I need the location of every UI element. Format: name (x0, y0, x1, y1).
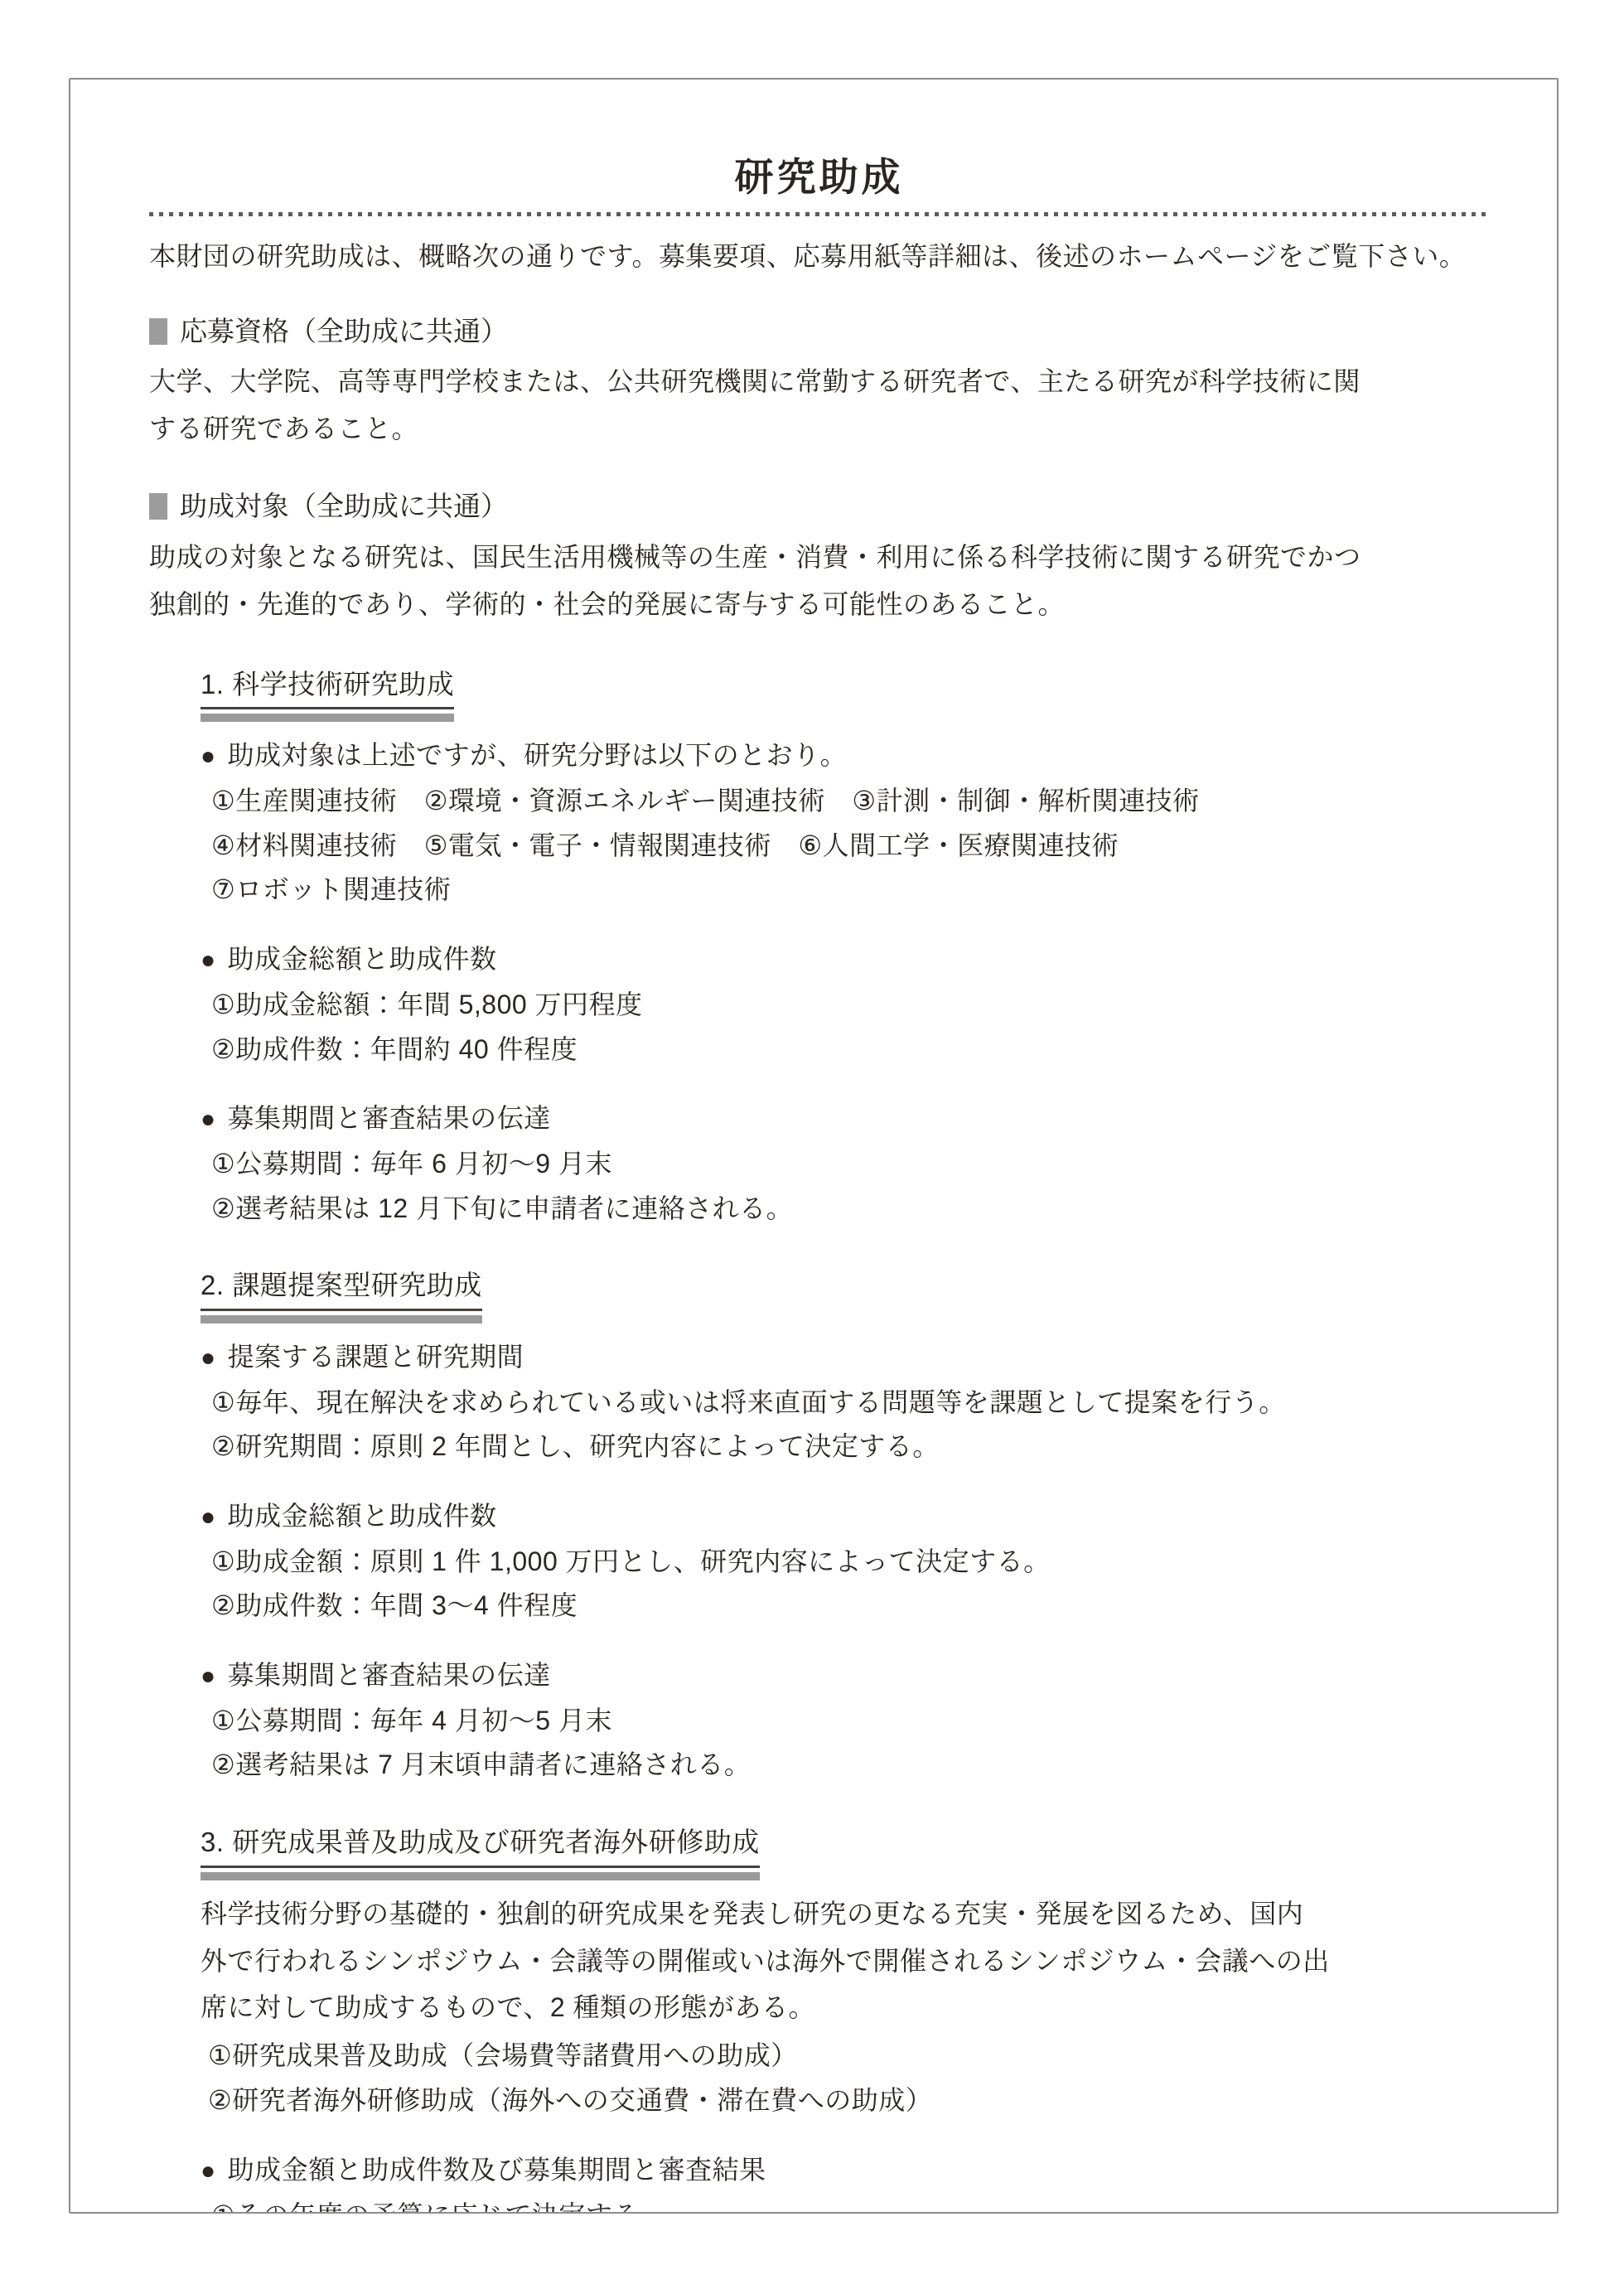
heading-underline-bar (201, 714, 454, 722)
list-item: ②助成件数：年間約 40 件程度 (211, 1028, 1489, 1071)
page-sheet: 研究助成 本財団の研究助成は、概略次の通りです。募集要項、応募用紙等詳細は、後述… (69, 78, 1559, 2214)
group-label: 助成金総額と助成件数 (228, 1496, 497, 1536)
list-item: ②研究期間：原則 2 年間とし、研究内容によって決定する。 (211, 1425, 1489, 1468)
list-item: ①助成金総額：年間 5,800 万円程度 (211, 984, 1489, 1026)
program-theme-proposal-grant: 2. 課題提案型研究助成 ● 提案する課題と研究期間 ①毎年、現在解決を求められ… (201, 1267, 1489, 1786)
body-line: 外で行われるシンポジウム・会議等の開催或いは海外で開催されるシンポジウム・会議へ… (201, 1938, 1489, 1985)
bullet-icon: ● (201, 2152, 216, 2190)
group-label: 助成金額と助成件数及び募集期間と審査結果 (228, 2150, 766, 2190)
list-item: ①生産関連技術 ②環境・資源エネルギー関連技術 ③計測・制御・解析関連技術 (211, 780, 1489, 822)
program-dissemination-overseas-grant: 3. 研究成果普及助成及び研究者海外研修助成 科学技術分野の基礎的・独創的研究成… (201, 1824, 1489, 2214)
group-label-row: ● 助成金総額と助成件数 (201, 939, 1489, 979)
body-line: 独創的・先進的であり、学術的・社会的発展に寄与する可能性のあること。 (149, 581, 1489, 628)
body-line: 席に対して助成するもので、2 種類の形態がある。 (201, 1984, 1489, 2031)
group-items: ①公募期間：毎年 4 月初～5 月末 ②選考結果は 7 月末頃申請者に連絡される… (211, 1700, 1489, 1786)
document-page: { "title": "研究助成", "intro": "本財団の研究助成は、概… (0, 0, 1624, 2294)
group-label-row: ● 提案する課題と研究期間 (201, 1337, 1489, 1377)
group-items: ①その年度の予算に応じて決定する。 ②4 月以降公募を開始し、予算到達時に打切る… (211, 2195, 1489, 2214)
group-label: 募集期間と審査結果の伝達 (228, 1098, 551, 1138)
lead-items: ①研究成果普及助成（会場費等諸費用への助成） ②研究者海外研修助成（海外への交通… (208, 2035, 1489, 2121)
program-lead-paragraph: 科学技術分野の基礎的・独創的研究成果を発表し研究の更なる充実・発展を図るため、国… (201, 1890, 1489, 2032)
list-item: ②選考結果は 12 月下旬に申請者に連絡される。 (211, 1188, 1489, 1230)
square-marker-icon (149, 493, 167, 520)
section-body: 助成の対象となる研究は、国民生活用機械等の生産・消費・利用に係る科学技術に関する… (149, 534, 1489, 628)
section-heading-label: 応募資格（全助成に共通） (180, 311, 508, 352)
bullet-icon: ● (201, 1101, 216, 1138)
group-grant-amount: ● 助成金総額と助成件数 ①助成金総額：年間 5,800 万円程度 ②助成件数：… (201, 939, 1489, 1070)
heading-underline-bar (201, 1872, 760, 1880)
heading-underline-bar (201, 1315, 482, 1324)
section-heading: 助成対象（全助成に共通） (149, 486, 1489, 527)
list-item: ①研究成果普及助成（会場費等諸費用への助成） (208, 2035, 1489, 2077)
group-label: 助成金総額と助成件数 (228, 939, 497, 979)
group-proposal-theme: ● 提案する課題と研究期間 ①毎年、現在解決を求められている或いは将来直面する問… (201, 1337, 1489, 1468)
section-eligibility: 応募資格（全助成に共通） 大学、大学院、高等専門学校または、公共研究機関に常勤す… (149, 311, 1489, 453)
square-marker-icon (149, 318, 167, 345)
group-application-period: ● 募集期間と審査結果の伝達 ①公募期間：毎年 6 月初～9 月末 ②選考結果は… (201, 1098, 1489, 1229)
list-item: ①その年度の予算に応じて決定する。 (211, 2195, 1489, 2214)
bullet-icon: ● (201, 738, 216, 775)
program-heading: 1. 科学技術研究助成 (201, 666, 454, 723)
section-heading: 応募資格（全助成に共通） (149, 311, 1489, 352)
program-science-tech-grant: 1. 科学技術研究助成 ● 助成対象は上述ですが、研究分野は以下のとおり。 ①生… (201, 666, 1489, 1229)
program-heading-label: 2. 課題提案型研究助成 (201, 1267, 482, 1311)
program-heading: 2. 課題提案型研究助成 (201, 1267, 482, 1324)
bullet-icon: ● (201, 1658, 216, 1695)
group-label-row: ● 助成金総額と助成件数 (201, 1496, 1489, 1536)
list-item: ①助成金額：原則 1 件 1,000 万円とし、研究内容によって決定する。 (211, 1541, 1489, 1583)
section-target: 助成対象（全助成に共通） 助成の対象となる研究は、国民生活用機械等の生産・消費・… (149, 486, 1489, 627)
program-heading: 3. 研究成果普及助成及び研究者海外研修助成 (201, 1824, 760, 1880)
list-item: ①公募期間：毎年 4 月初～5 月末 (211, 1700, 1489, 1742)
group-research-fields: ● 助成対象は上述ですが、研究分野は以下のとおり。 ①生産関連技術 ②環境・資源… (201, 735, 1489, 911)
group-label-row: ● 募集期間と審査結果の伝達 (201, 1098, 1489, 1138)
group-items: ①生産関連技術 ②環境・資源エネルギー関連技術 ③計測・制御・解析関連技術 ④材… (211, 780, 1489, 911)
program-heading-label: 1. 科学技術研究助成 (201, 666, 454, 710)
group-application-period: ● 募集期間と審査結果の伝達 ①公募期間：毎年 4 月初～5 月末 ②選考結果は… (201, 1655, 1489, 1786)
bullet-icon: ● (201, 941, 216, 979)
list-item: ①毎年、現在解決を求められている或いは将来直面する問題等を課題として提案を行う。 (211, 1382, 1489, 1424)
group-items: ①助成金額：原則 1 件 1,000 万円とし、研究内容によって決定する。 ②助… (211, 1541, 1489, 1627)
page-title: 研究助成 (149, 154, 1489, 201)
dotted-divider (149, 212, 1489, 216)
list-item: ①公募期間：毎年 6 月初～9 月末 (211, 1143, 1489, 1185)
group-label-row: ● 助成対象は上述ですが、研究分野は以下のとおり。 (201, 735, 1489, 775)
group-label-row: ● 募集期間と審査結果の伝達 (201, 1655, 1489, 1695)
body-line: 科学技術分野の基礎的・独創的研究成果を発表し研究の更なる充実・発展を図るため、国… (201, 1890, 1489, 1938)
list-item: ②選考結果は 7 月末頃申請者に連絡される。 (211, 1744, 1489, 1786)
group-grant-amount-period: ● 助成金額と助成件数及び募集期間と審査結果 ①その年度の予算に応じて決定する。… (201, 2150, 1489, 2214)
list-item: ②助成件数：年間 3～4 件程度 (211, 1585, 1489, 1627)
group-label-row: ● 助成金額と助成件数及び募集期間と審査結果 (201, 2150, 1489, 2190)
section-body: 大学、大学院、高等専門学校または、公共研究機関に常勤する研究者で、主たる研究が科… (149, 358, 1489, 453)
list-item: ⑦ロボット関連技術 (211, 869, 1489, 911)
bullet-icon: ● (201, 1498, 216, 1536)
group-items: ①助成金総額：年間 5,800 万円程度 ②助成件数：年間約 40 件程度 (211, 984, 1489, 1070)
program-heading-label: 3. 研究成果普及助成及び研究者海外研修助成 (201, 1824, 760, 1868)
section-heading-label: 助成対象（全助成に共通） (180, 486, 508, 527)
body-line: する研究であること。 (149, 405, 1489, 453)
group-items: ①毎年、現在解決を求められている或いは将来直面する問題等を課題として提案を行う。… (211, 1382, 1489, 1468)
group-items: ①公募期間：毎年 6 月初～9 月末 ②選考結果は 12 月下旬に申請者に連絡さ… (211, 1143, 1489, 1229)
list-item: ②研究者海外研修助成（海外への交通費・滞在費への助成） (208, 2079, 1489, 2122)
bullet-icon: ● (201, 1339, 216, 1377)
group-label: 募集期間と審査結果の伝達 (228, 1655, 551, 1695)
body-line: 助成の対象となる研究は、国民生活用機械等の生産・消費・利用に係る科学技術に関する… (149, 534, 1489, 581)
group-label: 助成対象は上述ですが、研究分野は以下のとおり。 (228, 735, 848, 775)
intro-text: 本財団の研究助成は、概略次の通りです。募集要項、応募用紙等詳細は、後述のホームペ… (149, 236, 1489, 278)
group-grant-amount: ● 助成金総額と助成件数 ①助成金額：原則 1 件 1,000 万円とし、研究内… (201, 1496, 1489, 1627)
group-label: 提案する課題と研究期間 (228, 1337, 524, 1377)
list-item: ④材料関連技術 ⑤電気・電子・情報関連技術 ⑥人間工学・医療関連技術 (211, 825, 1489, 867)
body-line: 大学、大学院、高等専門学校または、公共研究機関に常勤する研究者で、主たる研究が科… (149, 358, 1489, 405)
